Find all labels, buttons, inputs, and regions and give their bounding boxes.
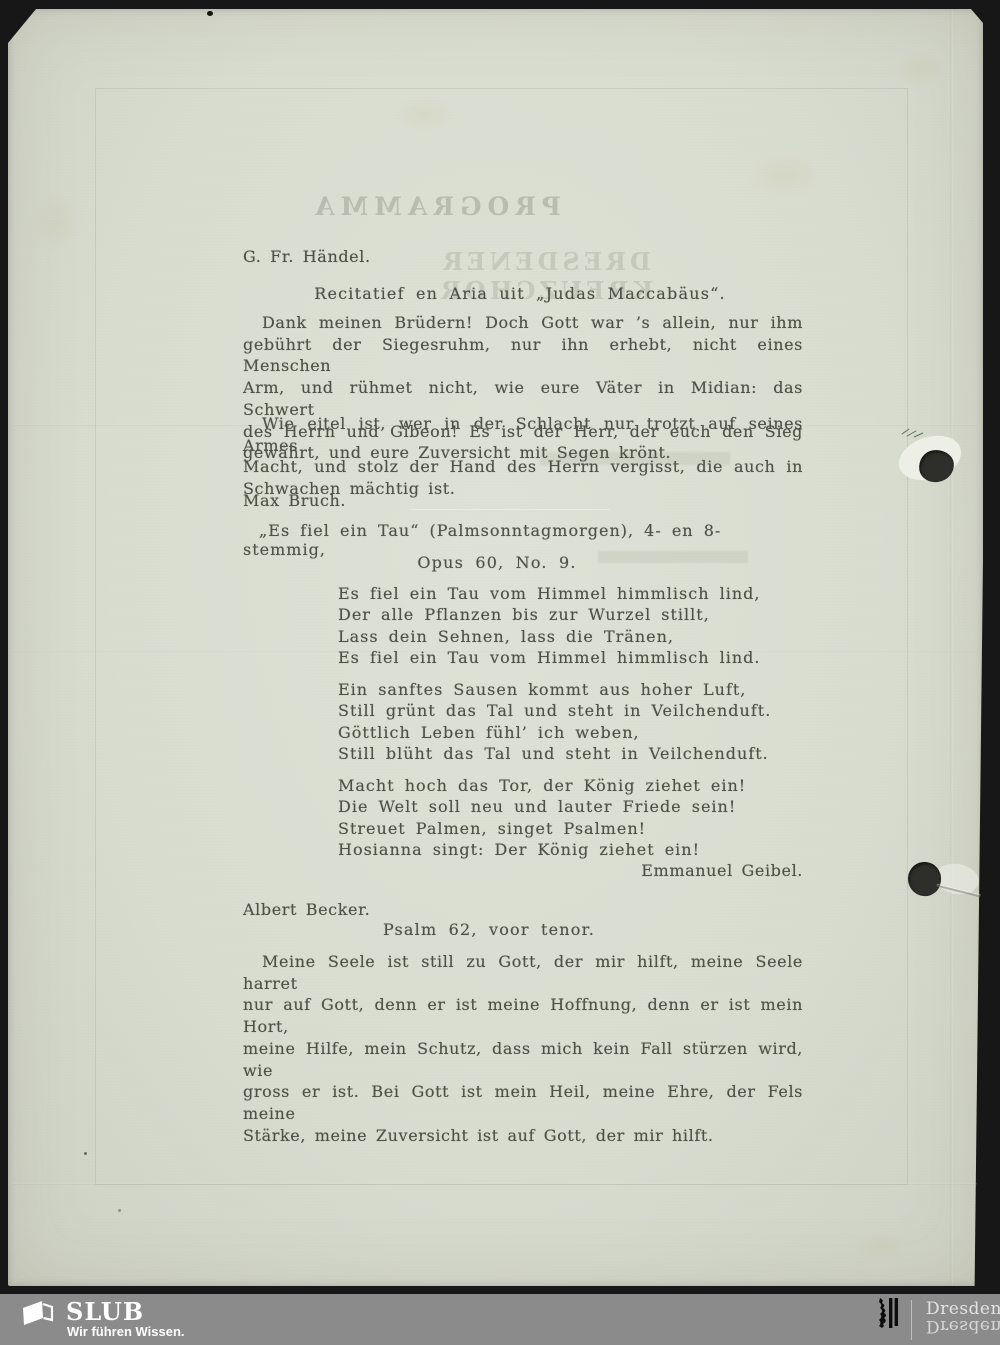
poem-line: Still blüht das Tal und steht in Veilche… — [338, 743, 798, 764]
fold-crease — [12, 1183, 977, 1185]
scanned-document-view: PROGRAMMA DRESDENER KREUZCHOR G. Fr. Hän… — [0, 0, 1000, 1345]
text-line: gross er ist. Bei Gott ist mein Heil, me… — [243, 1081, 803, 1124]
poem-stanza: Es fiel ein Tau vom Himmel himmlisch lin… — [338, 583, 798, 669]
poem-line: Es fiel ein Tau vom Himmel himmlisch lin… — [338, 583, 798, 604]
paper-stain — [745, 150, 825, 200]
poem-line: Ein sanftes Sausen kommt aus hoher Luft, — [338, 679, 798, 700]
composer-name-becker: Albert Becker. — [243, 900, 803, 919]
piece-title-handel: Recitatief en Aria uit „Judas Maccabäus“… — [240, 284, 800, 303]
program-paragraph: Meine Seele ist still zu Gott, der mir h… — [243, 951, 803, 1146]
text-line: gebührt der Siegesruhm, nur ihn erhebt, … — [243, 334, 803, 377]
composer-name-bruch: Max Bruch. — [243, 491, 803, 510]
paper-stain — [30, 190, 85, 255]
text-line: Wie eitel ist, wer in der Schlacht nur t… — [243, 413, 803, 456]
poet-attribution: Emmanuel Geibel. — [243, 861, 813, 880]
separator-line — [911, 1300, 912, 1340]
poem-line: Lass dein Sehnen, lass die Tränen, — [338, 626, 798, 647]
ink-speck — [118, 1209, 121, 1212]
program-paragraph: Wie eitel ist, wer in der Schlacht nur t… — [243, 413, 803, 500]
text-line: nur auf Gott, denn er ist meine Hoffnung… — [243, 994, 803, 1037]
poem-stanza: Macht hoch das Tor, der König ziehet ein… — [338, 775, 798, 861]
paper-corner-cut-topleft — [8, 9, 36, 43]
paper-stain — [890, 50, 950, 90]
slub-tagline: Wir führen Wissen. — [67, 1324, 185, 1339]
poem-line: Hosianna singt: Der König ziehet ein! — [338, 839, 798, 860]
piece-title-becker: Psalm 62, voor tenor. — [209, 920, 769, 939]
text-line: Macht, und stolz der Hand des Herrn verg… — [243, 456, 803, 478]
ink-speck — [84, 1152, 87, 1155]
paper-stain — [850, 1230, 910, 1262]
poem-line: Streuet Palmen, singet Psalmen! — [338, 818, 798, 839]
poem-line: Still grünt das Tal und steht in Veilche… — [338, 700, 798, 721]
text-line: Dank meinen Brüdern! Doch Gott war ’s al… — [243, 312, 803, 334]
paper-corner-cut-topright — [971, 9, 983, 23]
ink-speck — [207, 11, 213, 16]
slub-book-icon — [22, 1300, 56, 1331]
text-line: Meine Seele ist still zu Gott, der mir h… — [243, 951, 803, 994]
slub-wordmark: SLUB — [66, 1297, 144, 1326]
dresden-coat-of-arms-icon — [876, 1297, 899, 1334]
poem-line: Der alle Pflanzen bis zur Wurzel stillt, — [338, 604, 798, 625]
poem-line: Macht hoch das Tor, der König ziehet ein… — [338, 775, 798, 796]
fold-crease-vertical — [950, 9, 953, 1286]
opus-line: Opus 60, No. 9. — [217, 553, 777, 572]
showthrough-title: PROGRAMMA — [285, 192, 585, 221]
text-line: meine Hilfe, mein Schutz, dass mich kein… — [243, 1038, 803, 1081]
poem-line: Göttlich Leben fühl’ ich weben, — [338, 722, 798, 743]
poem-line: Es fiel ein Tau vom Himmel himmlisch lin… — [338, 647, 798, 668]
dresden-wordmark-reflection: Dresden. — [926, 1316, 1000, 1336]
text-line: Stärke, meine Zuversicht ist auf Gott, d… — [243, 1125, 803, 1147]
poem-stanza: Ein sanftes Sausen kommt aus hoher Luft,… — [338, 679, 798, 765]
composer-name-handel: G. Fr. Händel. — [243, 247, 803, 266]
paper-stain — [390, 95, 460, 135]
poem-line: Die Welt soll neu und lauter Friede sein… — [338, 796, 798, 817]
